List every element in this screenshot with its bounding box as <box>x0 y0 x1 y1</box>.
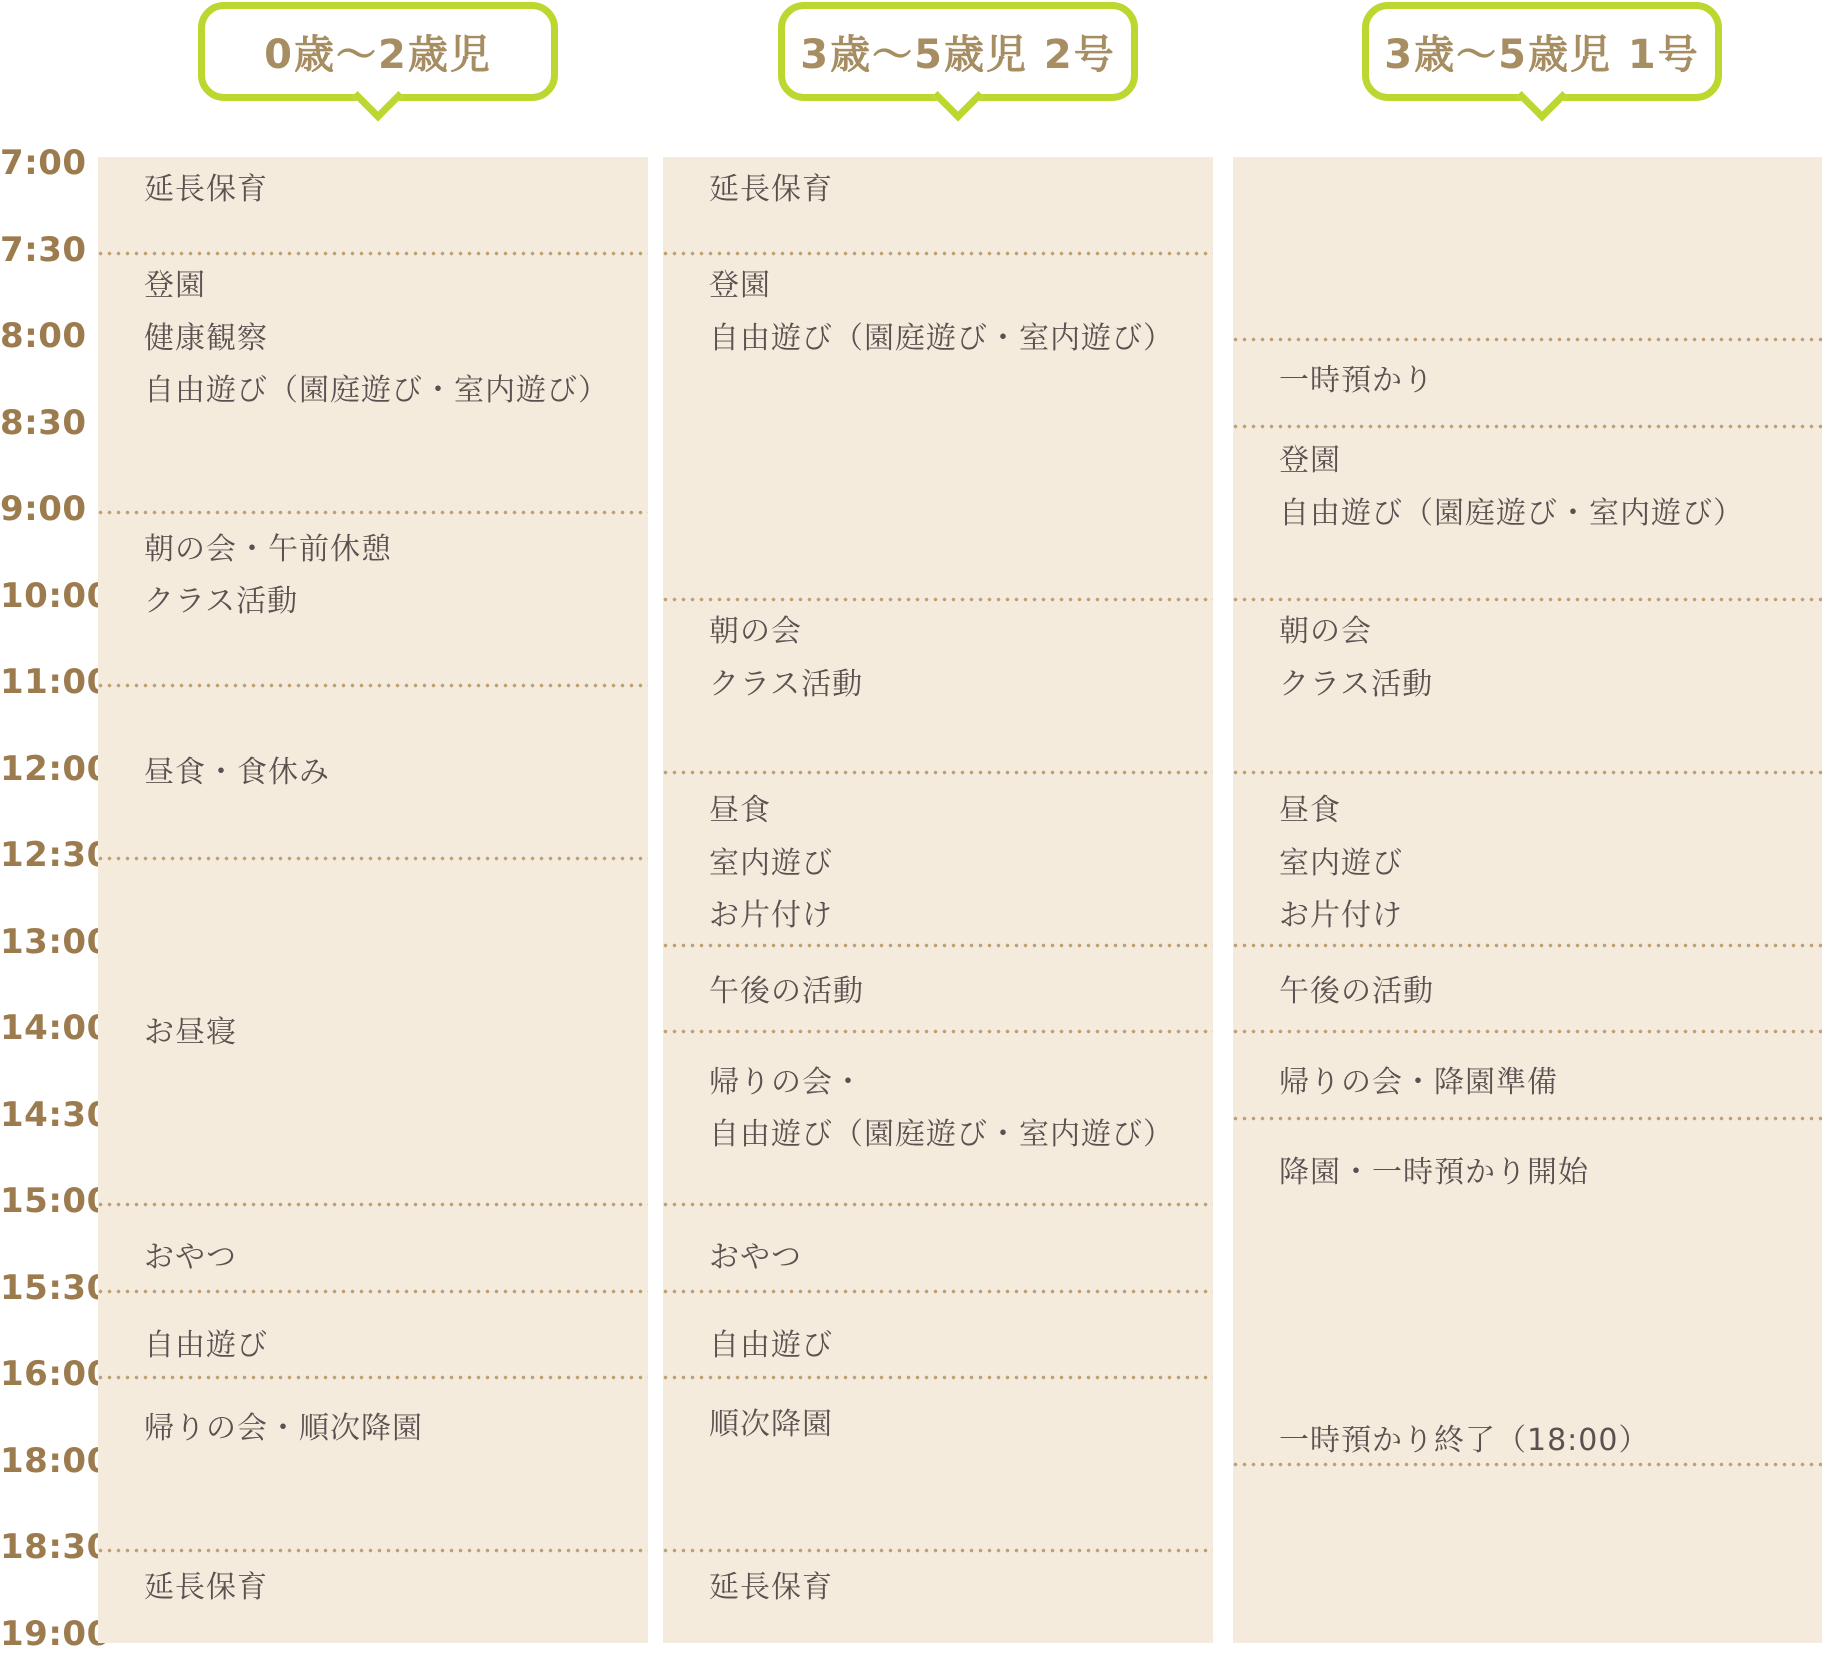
time-label-18-00: 18:00 <box>0 1441 86 1481</box>
activity-line: 健康観察 <box>144 313 609 366</box>
activity-block: 午後の活動 <box>709 966 864 1019</box>
time-label-19-00: 19:00 <box>0 1614 86 1654</box>
activity-line: 昼食 <box>709 785 833 838</box>
time-label-14-00: 14:00 <box>0 1008 86 1048</box>
activity-line: 延長保育 <box>144 1562 268 1615</box>
activity-block: 昼食室内遊びお片付け <box>1279 785 1403 943</box>
activity-line: 朝の会・午前休憩 <box>144 524 392 577</box>
activity-line: 自由遊び <box>144 1320 268 1373</box>
activity-line: お片付け <box>709 890 833 943</box>
time-label-7-00: 7:00 <box>0 143 86 183</box>
column-header-bubble-1: 0歳〜2歳児 <box>198 2 558 101</box>
time-divider-7-30 <box>663 251 1213 256</box>
time-label-15-00: 15:00 <box>0 1181 86 1221</box>
activity-line: お昼寝 <box>144 1007 237 1060</box>
time-label-12-30: 12:30 <box>0 835 86 875</box>
activity-block: 延長保育 <box>709 164 833 217</box>
time-divider-10-00 <box>663 597 1213 602</box>
time-divider-15-00 <box>98 1202 648 1207</box>
activity-block: おやつ <box>144 1232 237 1285</box>
time-divider-8-30 <box>1233 424 1822 429</box>
activity-line: 延長保育 <box>709 1562 833 1615</box>
time-divider-7-30 <box>98 251 648 256</box>
activity-block: 登園健康観察自由遊び（園庭遊び・室内遊び） <box>144 260 609 418</box>
activity-line: 降園・一時預かり開始 <box>1279 1147 1589 1200</box>
time-divider-14-00 <box>663 1029 1213 1034</box>
time-label-16-00: 16:00 <box>0 1354 86 1394</box>
activity-block: 一時預かり終了（18:00） <box>1279 1415 1649 1468</box>
activity-block: 昼食室内遊びお片付け <box>709 785 833 943</box>
time-label-13-00: 13:00 <box>0 922 86 962</box>
time-divider-15-30 <box>663 1289 1213 1294</box>
activity-line: 延長保育 <box>144 164 268 217</box>
activity-line: 延長保育 <box>709 164 833 217</box>
activity-block: 朝の会・午前休憩クラス活動 <box>144 524 392 629</box>
activity-line: 順次降園 <box>709 1399 833 1452</box>
activity-line: 昼食・食休み <box>144 747 330 800</box>
activity-block: 朝の会クラス活動 <box>709 606 863 711</box>
time-divider-10-00 <box>1233 597 1822 602</box>
activity-block: 登園自由遊び（園庭遊び・室内遊び） <box>1279 435 1744 540</box>
activity-line: クラス活動 <box>709 659 863 712</box>
activity-line: 自由遊び（園庭遊び・室内遊び） <box>709 313 1174 366</box>
activity-line: 帰りの会・降園準備 <box>1279 1057 1558 1110</box>
activity-block: 午後の活動 <box>1279 966 1434 1019</box>
activity-line: 登園 <box>1279 435 1744 488</box>
activity-line: 室内遊び <box>709 838 833 891</box>
time-divider-11-00 <box>98 683 648 688</box>
activity-line: 一時預かり <box>1279 355 1434 408</box>
time-label-18-30: 18:30 <box>0 1527 86 1567</box>
column-header-bubble-2: 3歳〜5歳児 2号 <box>778 2 1138 101</box>
time-label-11-00: 11:00 <box>0 662 86 702</box>
activity-block: 朝の会クラス活動 <box>1279 606 1433 711</box>
activity-line: 朝の会 <box>1279 606 1433 659</box>
time-label-15-30: 15:30 <box>0 1268 86 1308</box>
time-divider-12-30 <box>98 856 648 861</box>
schedule-column-3: 一時預かり登園自由遊び（園庭遊び・室内遊び）朝の会クラス活動昼食室内遊びお片付け… <box>1233 157 1822 1643</box>
activity-line: 午後の活動 <box>1279 966 1434 1019</box>
activity-block: 帰りの会・降園準備 <box>1279 1057 1558 1110</box>
activity-line: おやつ <box>709 1232 802 1285</box>
activity-block: 順次降園 <box>709 1399 833 1452</box>
time-divider-9-00 <box>98 510 648 515</box>
activity-line: 室内遊び <box>1279 838 1403 891</box>
time-label-8-00: 8:00 <box>0 316 86 356</box>
activity-block: 昼食・食休み <box>144 747 330 800</box>
time-divider-15-30 <box>98 1289 648 1294</box>
schedule-column-2: 延長保育登園自由遊び（園庭遊び・室内遊び）朝の会クラス活動昼食室内遊びお片付け午… <box>663 157 1213 1643</box>
activity-line: 帰りの会・順次降園 <box>144 1403 423 1456</box>
activity-block: 延長保育 <box>144 164 268 217</box>
activity-line: 自由遊び（園庭遊び・室内遊び） <box>709 1109 1174 1162</box>
time-divider-12-00 <box>663 770 1213 775</box>
activity-block: おやつ <box>709 1232 802 1285</box>
activity-block: 自由遊び <box>709 1320 833 1373</box>
time-label-8-30: 8:30 <box>0 403 86 443</box>
time-divider-16-00 <box>98 1375 648 1380</box>
activity-block: 一時預かり <box>1279 355 1434 408</box>
time-label-14-30: 14:30 <box>0 1095 86 1135</box>
daily-schedule-board: 7:007:308:008:309:0010:0011:0012:0012:30… <box>0 0 1822 1659</box>
activity-line: 自由遊び <box>709 1320 833 1373</box>
time-divider-16-00 <box>663 1375 1213 1380</box>
activity-line: お片付け <box>1279 890 1403 943</box>
activity-line: 昼食 <box>1279 785 1403 838</box>
activity-block: 延長保育 <box>144 1562 268 1615</box>
activity-line: 一時預かり終了（18:00） <box>1279 1415 1649 1468</box>
activity-line: おやつ <box>144 1232 237 1285</box>
activity-line: 登園 <box>144 260 609 313</box>
time-divider-18-30 <box>663 1548 1213 1553</box>
activity-block: 帰りの会・自由遊び（園庭遊び・室内遊び） <box>709 1057 1174 1162</box>
activity-block: 登園自由遊び（園庭遊び・室内遊び） <box>709 260 1174 365</box>
time-divider-13-00 <box>1233 943 1822 948</box>
activity-block: 帰りの会・順次降園 <box>144 1403 423 1456</box>
activity-line: 朝の会 <box>709 606 863 659</box>
time-label-10-00: 10:00 <box>0 576 86 616</box>
activity-line: クラス活動 <box>144 576 392 629</box>
time-label-7-30: 7:30 <box>0 230 86 270</box>
time-label-12-00: 12:00 <box>0 749 86 789</box>
activity-line: 登園 <box>709 260 1174 313</box>
time-label-9-00: 9:00 <box>0 489 86 529</box>
activity-line: クラス活動 <box>1279 659 1433 712</box>
time-divider-14-00 <box>1233 1029 1822 1034</box>
time-divider-18-30 <box>98 1548 648 1553</box>
time-divider-8-00 <box>1233 337 1822 342</box>
time-divider-14-30 <box>1233 1116 1822 1121</box>
activity-line: 自由遊び（園庭遊び・室内遊び） <box>1279 488 1744 541</box>
activity-block: 延長保育 <box>709 1562 833 1615</box>
activity-block: 自由遊び <box>144 1320 268 1373</box>
time-divider-12-00 <box>1233 770 1822 775</box>
activity-line: 帰りの会・ <box>709 1057 1174 1110</box>
activity-line: 自由遊び（園庭遊び・室内遊び） <box>144 365 609 418</box>
activity-block: お昼寝 <box>144 1007 237 1060</box>
time-divider-13-00 <box>663 943 1213 948</box>
schedule-column-1: 延長保育登園健康観察自由遊び（園庭遊び・室内遊び）朝の会・午前休憩クラス活動昼食… <box>98 157 648 1643</box>
time-divider-15-00 <box>663 1202 1213 1207</box>
column-header-bubble-3: 3歳〜5歳児 1号 <box>1362 2 1722 101</box>
activity-block: 降園・一時預かり開始 <box>1279 1147 1589 1200</box>
activity-line: 午後の活動 <box>709 966 864 1019</box>
